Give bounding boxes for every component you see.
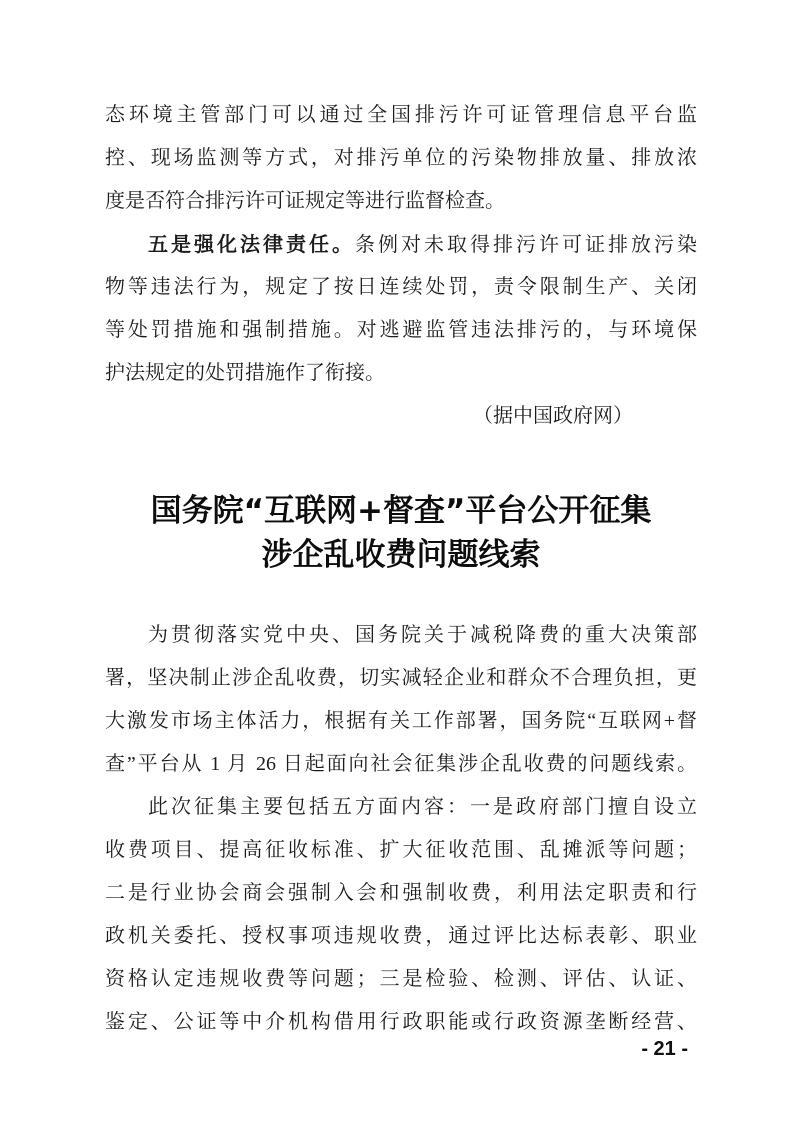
- body-line: 二是行业协会商会强制入会和强制收费，利用法定职责和行: [105, 872, 697, 915]
- body-line: 鉴定、公证等中介机构借用行政职能或行政资源垄断经营、: [105, 1001, 697, 1044]
- page-number: - 21 -: [641, 1036, 688, 1062]
- attribution-line: （据中国政府网）: [105, 395, 697, 438]
- body-line: 资格认定违规收费等问题；三是检验、检测、评估、认证、: [105, 958, 697, 1001]
- body-line: 查”平台从 1 月 26 日起面向社会征集涉企乱收费的问题线索。: [105, 743, 697, 786]
- body-line: 等处罚措施和强制措施。对逃避监管违法排污的，与环境保: [105, 309, 697, 352]
- article-title-line-2: 涉企乱收费问题线索: [105, 533, 697, 577]
- body-line: 护法规定的处罚措施作了衔接。: [105, 352, 697, 395]
- article-body: 为贯彻落实党中央、国务院关于减税降费的重大决策部 署，坚决制止涉企乱收费，切实减…: [105, 614, 697, 1044]
- body-line: 度是否符合排污许可证规定等进行监督检查。: [105, 180, 697, 223]
- body-line: 五是强化法律责任。条例对未取得排污许可证排放污染: [105, 223, 697, 266]
- body-line: 此次征集主要包括五方面内容：一是政府部门擅自设立: [105, 786, 697, 829]
- document-page: 态环境主管部门可以通过全国排污许可证管理信息平台监 控、现场监测等方式，对排污单…: [0, 0, 800, 1131]
- body-line: 收费项目、提高征收标准、扩大征收范围、乱摊派等问题；: [105, 829, 697, 872]
- body-line: 大激发市场主体活力，根据有关工作部署，国务院“互联网+督: [105, 700, 697, 743]
- paragraph-bold-lead: 五是强化法律责任。: [148, 232, 355, 256]
- body-line: 为贯彻落实党中央、国务院关于减税降费的重大决策部: [105, 614, 697, 657]
- body-line: 态环境主管部门可以通过全国排污许可证管理信息平台监: [105, 94, 697, 137]
- body-line: 控、现场监测等方式，对排污单位的污染物排放量、排放浓: [105, 137, 697, 180]
- body-line: 政机关委托、授权事项违规收费，通过评比达标表彰、职业: [105, 915, 697, 958]
- paragraph-lead-rest: 条例对未取得排污许可证排放污染: [355, 234, 697, 256]
- article-title: 国务院“互联网+督查”平台公开征集 涉企乱收费问题线索: [105, 489, 697, 577]
- body-line: 署，坚决制止涉企乱收费，切实减轻企业和群众不合理负担，更: [105, 657, 697, 700]
- article-title-line-1: 国务院“互联网+督查”平台公开征集: [105, 489, 697, 533]
- previous-article-body: 态环境主管部门可以通过全国排污许可证管理信息平台监 控、现场监测等方式，对排污单…: [105, 94, 697, 438]
- body-line: 物等违法行为，规定了按日连续处罚，责令限制生产、关闭: [105, 266, 697, 309]
